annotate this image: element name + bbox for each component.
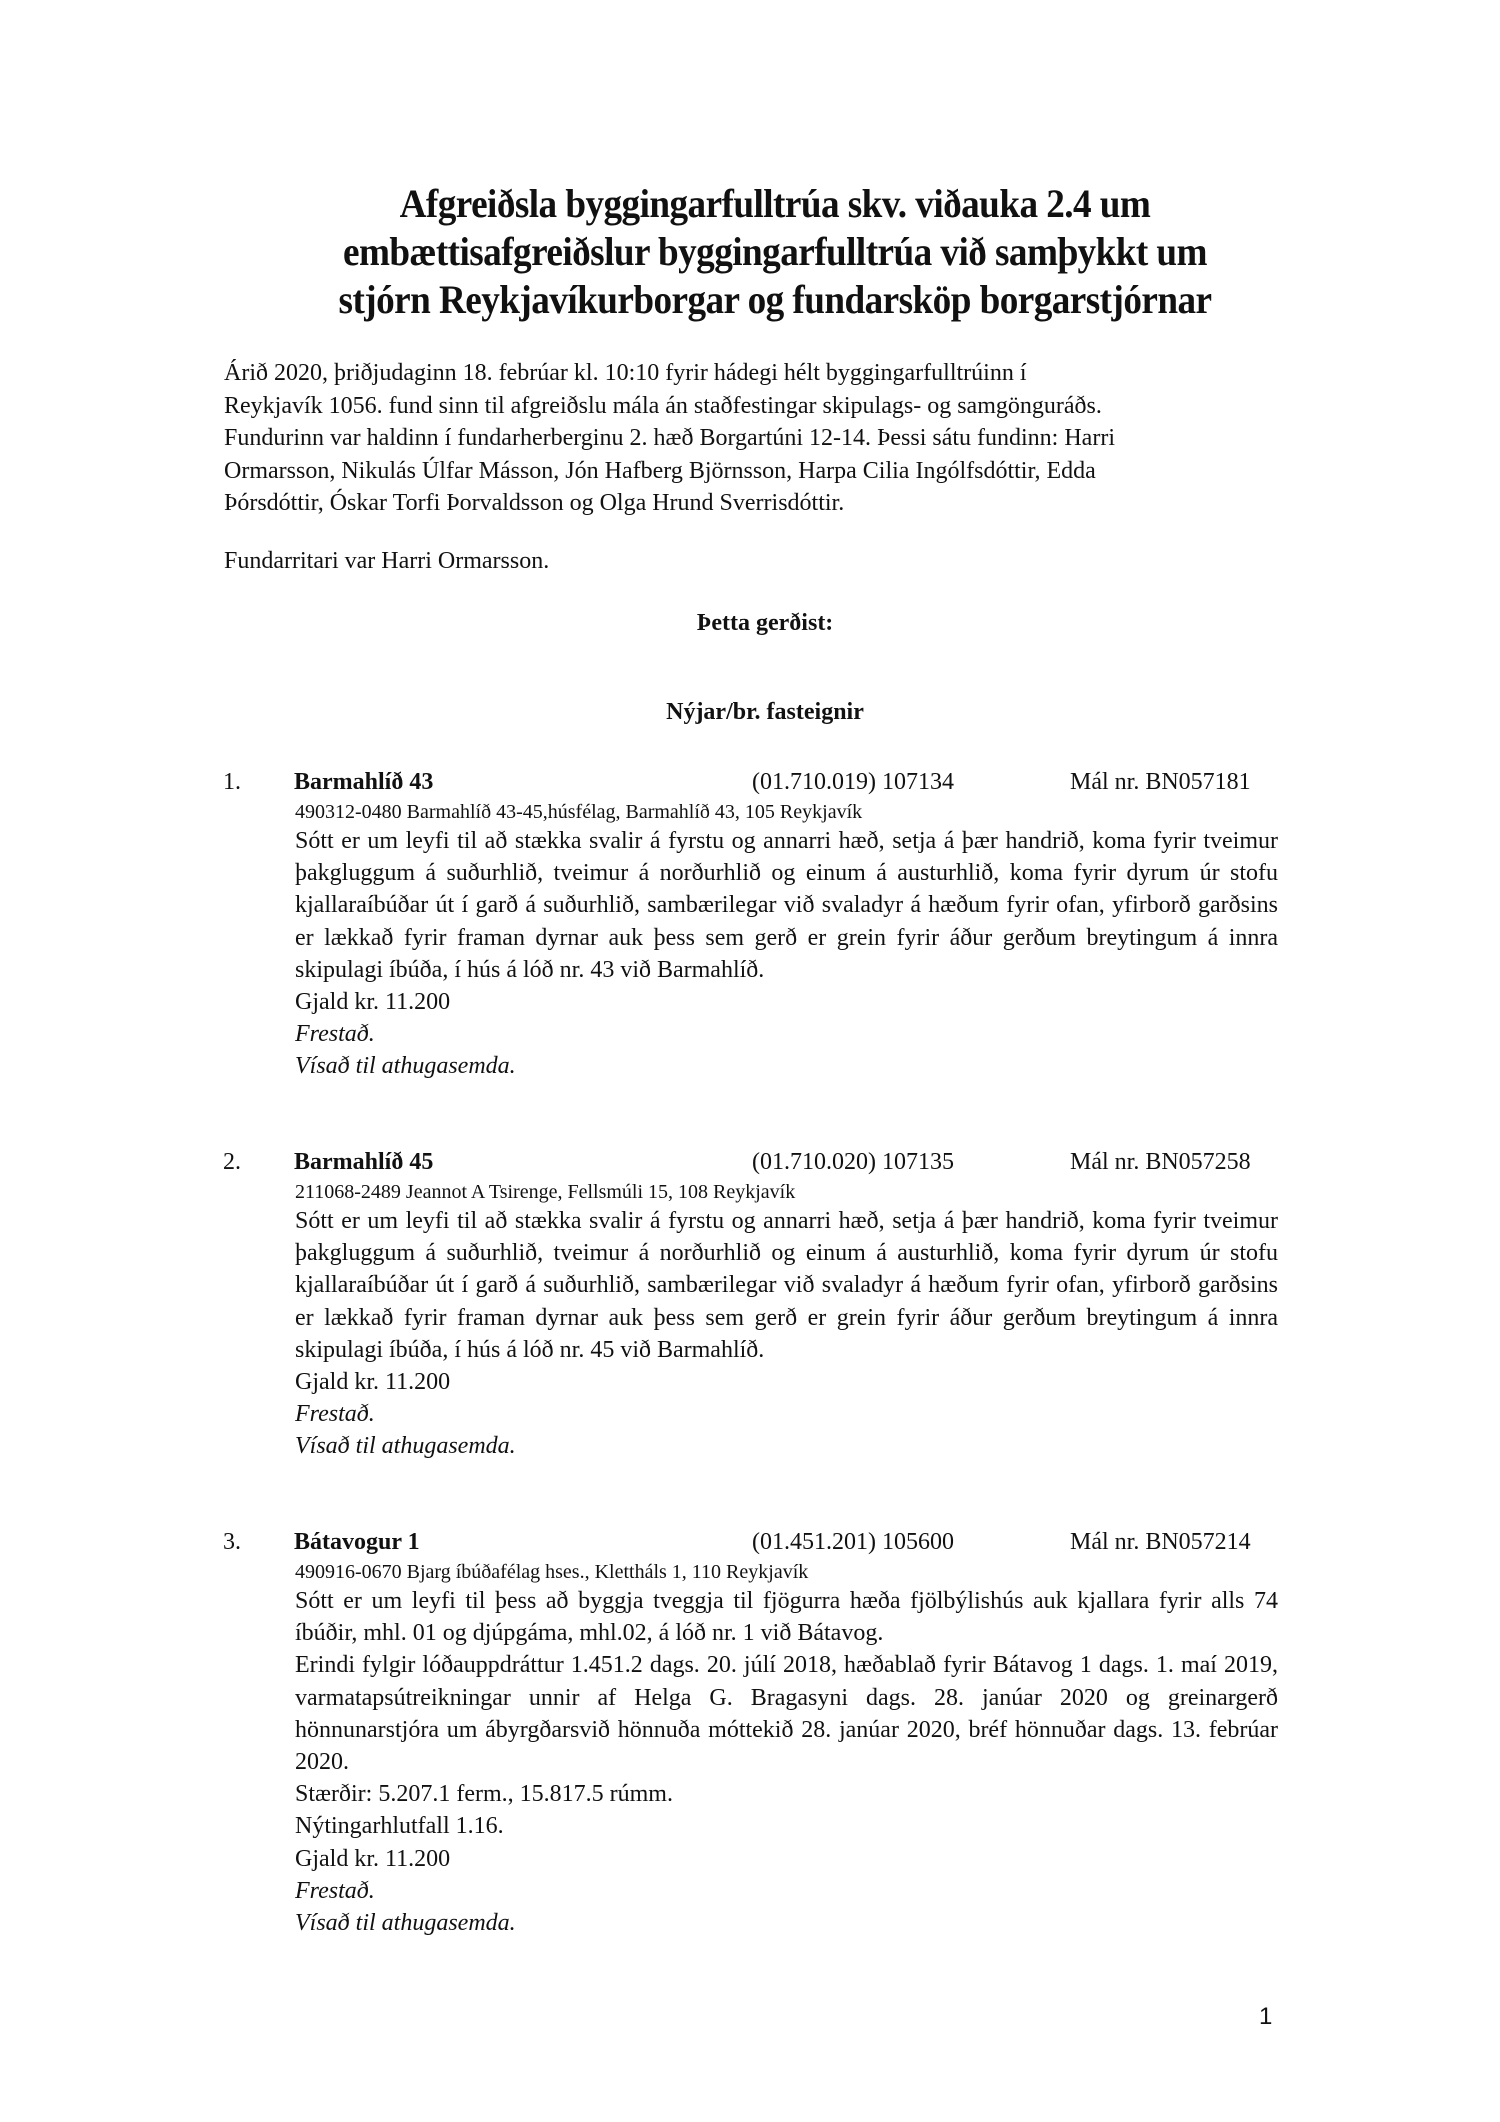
case-address: Barmahlíð 43	[294, 766, 433, 799]
case-referral: Vísað til athugasemda.	[295, 1430, 1278, 1462]
case-applicant: 490916-0670 Bjarg íbúðafélag hses., Klet…	[295, 1559, 1278, 1585]
case-address: Barmahlíð 45	[294, 1146, 433, 1179]
case-decision: Frestað.	[295, 1398, 1278, 1430]
intro-line: Árið 2020, þriðjudaginn 18. febrúar kl. …	[224, 357, 1324, 390]
case-applicant: 211068-2489 Jeannot A Tsirenge, Fellsmúl…	[295, 1179, 1278, 1205]
case-number-index: 1.	[223, 766, 241, 799]
case-number-index: 2.	[223, 1146, 241, 1179]
document-page: Afgreiðsla byggingarfulltrúa skv. viðauk…	[0, 0, 1500, 2122]
case-description: Sótt er um leyfi til að stækka svalir á …	[295, 1205, 1278, 1366]
case-header: 2. Barmahlíð 45 (01.710.020) 107135 Mál …	[220, 1146, 1320, 1179]
document-title: Afgreiðsla byggingarfulltrúa skv. viðauk…	[259, 180, 1291, 324]
case-fee: Gjald kr. 11.200	[295, 1366, 1278, 1398]
case-id: Mál nr. BN057181	[1070, 766, 1251, 799]
section-heading: Þetta gerðist:	[210, 608, 1320, 638]
title-line: stjórn Reykjavíkurborgar og fundarsköp b…	[259, 276, 1291, 324]
subsection-heading: Nýjar/br. fasteignir	[210, 697, 1320, 727]
case-description: Sótt er um leyfi til að stækka svalir á …	[295, 825, 1278, 986]
case-attachments: Erindi fylgir lóðauppdráttur 1.451.2 dag…	[295, 1649, 1278, 1778]
case-header: 3. Bátavogur 1 (01.451.201) 105600 Mál n…	[220, 1526, 1320, 1559]
page-number: 1	[1259, 2003, 1272, 2031]
title-line: Afgreiðsla byggingarfulltrúa skv. viðauk…	[259, 180, 1291, 228]
case-fee: Gjald kr. 11.200	[295, 1843, 1278, 1875]
case-body: 490312-0480 Barmahlíð 43-45,húsfélag, Ba…	[295, 799, 1278, 1083]
intro-line: Fundurinn var haldinn í fundarherberginu…	[224, 422, 1324, 455]
case-applicant: 490312-0480 Barmahlíð 43-45,húsfélag, Ba…	[295, 799, 1278, 825]
case-land-number: (01.710.020) 107135	[752, 1146, 954, 1179]
case-sizes: Stærðir: 5.207.1 ferm., 15.817.5 rúmm.	[295, 1778, 1278, 1810]
intro-line: Reykjavík 1056. fund sinn til afgreiðslu…	[224, 390, 1324, 423]
case-item: 1. Barmahlíð 43 (01.710.019) 107134 Mál …	[220, 766, 1320, 1083]
case-item: 2. Barmahlíð 45 (01.710.020) 107135 Mál …	[220, 1146, 1320, 1463]
recorder-note: Fundarritari var Harri Ormarsson.	[224, 545, 549, 577]
case-item: 3. Bátavogur 1 (01.451.201) 105600 Mál n…	[220, 1526, 1320, 1939]
case-header: 1. Barmahlíð 43 (01.710.019) 107134 Mál …	[220, 766, 1320, 799]
case-referral: Vísað til athugasemda.	[295, 1907, 1278, 1939]
case-decision: Frestað.	[295, 1018, 1278, 1050]
case-referral: Vísað til athugasemda.	[295, 1050, 1278, 1082]
case-address: Bátavogur 1	[294, 1526, 420, 1559]
case-id: Mál nr. BN057214	[1070, 1526, 1251, 1559]
case-id: Mál nr. BN057258	[1070, 1146, 1251, 1179]
case-number-index: 3.	[223, 1526, 241, 1559]
intro-paragraph: Árið 2020, þriðjudaginn 18. febrúar kl. …	[224, 357, 1324, 520]
case-body: 211068-2489 Jeannot A Tsirenge, Fellsmúl…	[295, 1179, 1278, 1463]
case-body: 490916-0670 Bjarg íbúðafélag hses., Klet…	[295, 1559, 1278, 1939]
title-line: embættisafgreiðslur byggingarfulltrúa vi…	[259, 228, 1291, 276]
case-utilization-ratio: Nýtingarhlutfall 1.16.	[295, 1810, 1278, 1842]
case-land-number: (01.451.201) 105600	[752, 1526, 954, 1559]
case-description: Sótt er um leyfi til þess að byggja tveg…	[295, 1585, 1278, 1649]
case-land-number: (01.710.019) 107134	[752, 766, 954, 799]
intro-line: Þórsdóttir, Óskar Torfi Þorvaldsson og O…	[224, 487, 1324, 520]
intro-line: Ormarsson, Nikulás Úlfar Másson, Jón Haf…	[224, 455, 1324, 488]
case-decision: Frestað.	[295, 1875, 1278, 1907]
case-fee: Gjald kr. 11.200	[295, 986, 1278, 1018]
